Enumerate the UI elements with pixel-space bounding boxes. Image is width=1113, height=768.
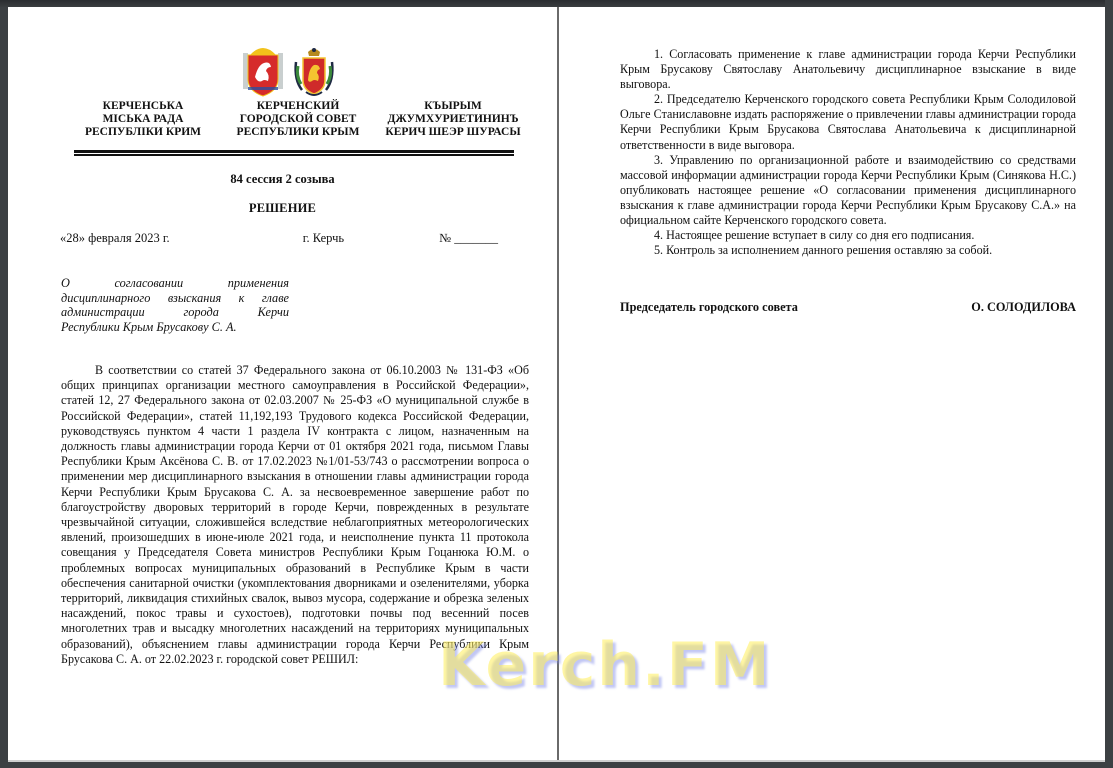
crimea-coat-of-arms-icon [240, 43, 286, 98]
session-label: 84 сессия 2 созыва [8, 172, 557, 187]
header-double-rule [74, 150, 514, 156]
signatory-position: Председатель городского совета [620, 300, 798, 315]
resolution-item-5: 5. Контроль за исполнением данного решен… [620, 243, 1076, 258]
resolution-items: 1. Согласовать применение к главе админи… [620, 47, 1076, 258]
document-date: «28» февраля 2023 г. [60, 231, 170, 246]
spread-bottom-edge [8, 760, 1105, 762]
document-subject: О согласовании применения дисциплинарног… [61, 276, 289, 334]
issuer-russian: КЕРЧЕНСКИЙ ГОРОДСКОЙ СОВЕТ РЕСПУБЛИКИ КР… [223, 100, 373, 139]
issuer-ukrainian: КЕРЧЕНСЬКА МІСЬКА РАДА РЕСПУБЛІКИ КРИМ [68, 100, 218, 139]
resolution-item-2: 2. Председателю Керченского городского с… [620, 92, 1076, 152]
kerch-coat-of-arms-icon [292, 46, 336, 98]
document-number: № _______ [439, 231, 498, 246]
document-spread: КЕРЧЕНСЬКА МІСЬКА РАДА РЕСПУБЛІКИ КРИМ К… [8, 7, 1105, 762]
preamble-text: В соответствии со статей 37 Федерального… [61, 363, 529, 667]
date-line: «28» февраля 2023 г. г. Керчь № _______ [60, 231, 498, 246]
signature-block: Председатель городского совета О. СОЛОДИ… [620, 300, 1076, 315]
document-city: г. Керчь [303, 231, 344, 246]
page-1: КЕРЧЕНСЬКА МІСЬКА РАДА РЕСПУБЛІКИ КРИМ К… [8, 7, 557, 762]
viewer-top-bar [0, 0, 1113, 7]
issuer-crimean-tatar: КЪЫРЫМ ДЖУМХУРИЕТИНИНЪ КЕРИЧ ШЕЭР ШУРАСЫ [378, 100, 528, 139]
resolution-item-4: 4. Настоящее решение вступает в силу со … [620, 228, 1076, 243]
header-emblems [240, 43, 336, 98]
resolution-item-3: 3. Управлению по организационной работе … [620, 153, 1076, 228]
viewer-right-frame [1105, 0, 1113, 768]
preamble-paragraph: В соответствии со статей 37 Федерального… [61, 363, 529, 667]
issuer-header: КЕРЧЕНСЬКА МІСЬКА РАДА РЕСПУБЛІКИ КРИМ К… [68, 100, 528, 139]
signatory-name: О. СОЛОДИЛОВА [971, 300, 1076, 315]
resolution-item-1: 1. Согласовать применение к главе админи… [620, 47, 1076, 92]
document-title: РЕШЕНИЕ [8, 201, 557, 216]
page-2: 1. Согласовать применение к главе админи… [559, 7, 1105, 762]
